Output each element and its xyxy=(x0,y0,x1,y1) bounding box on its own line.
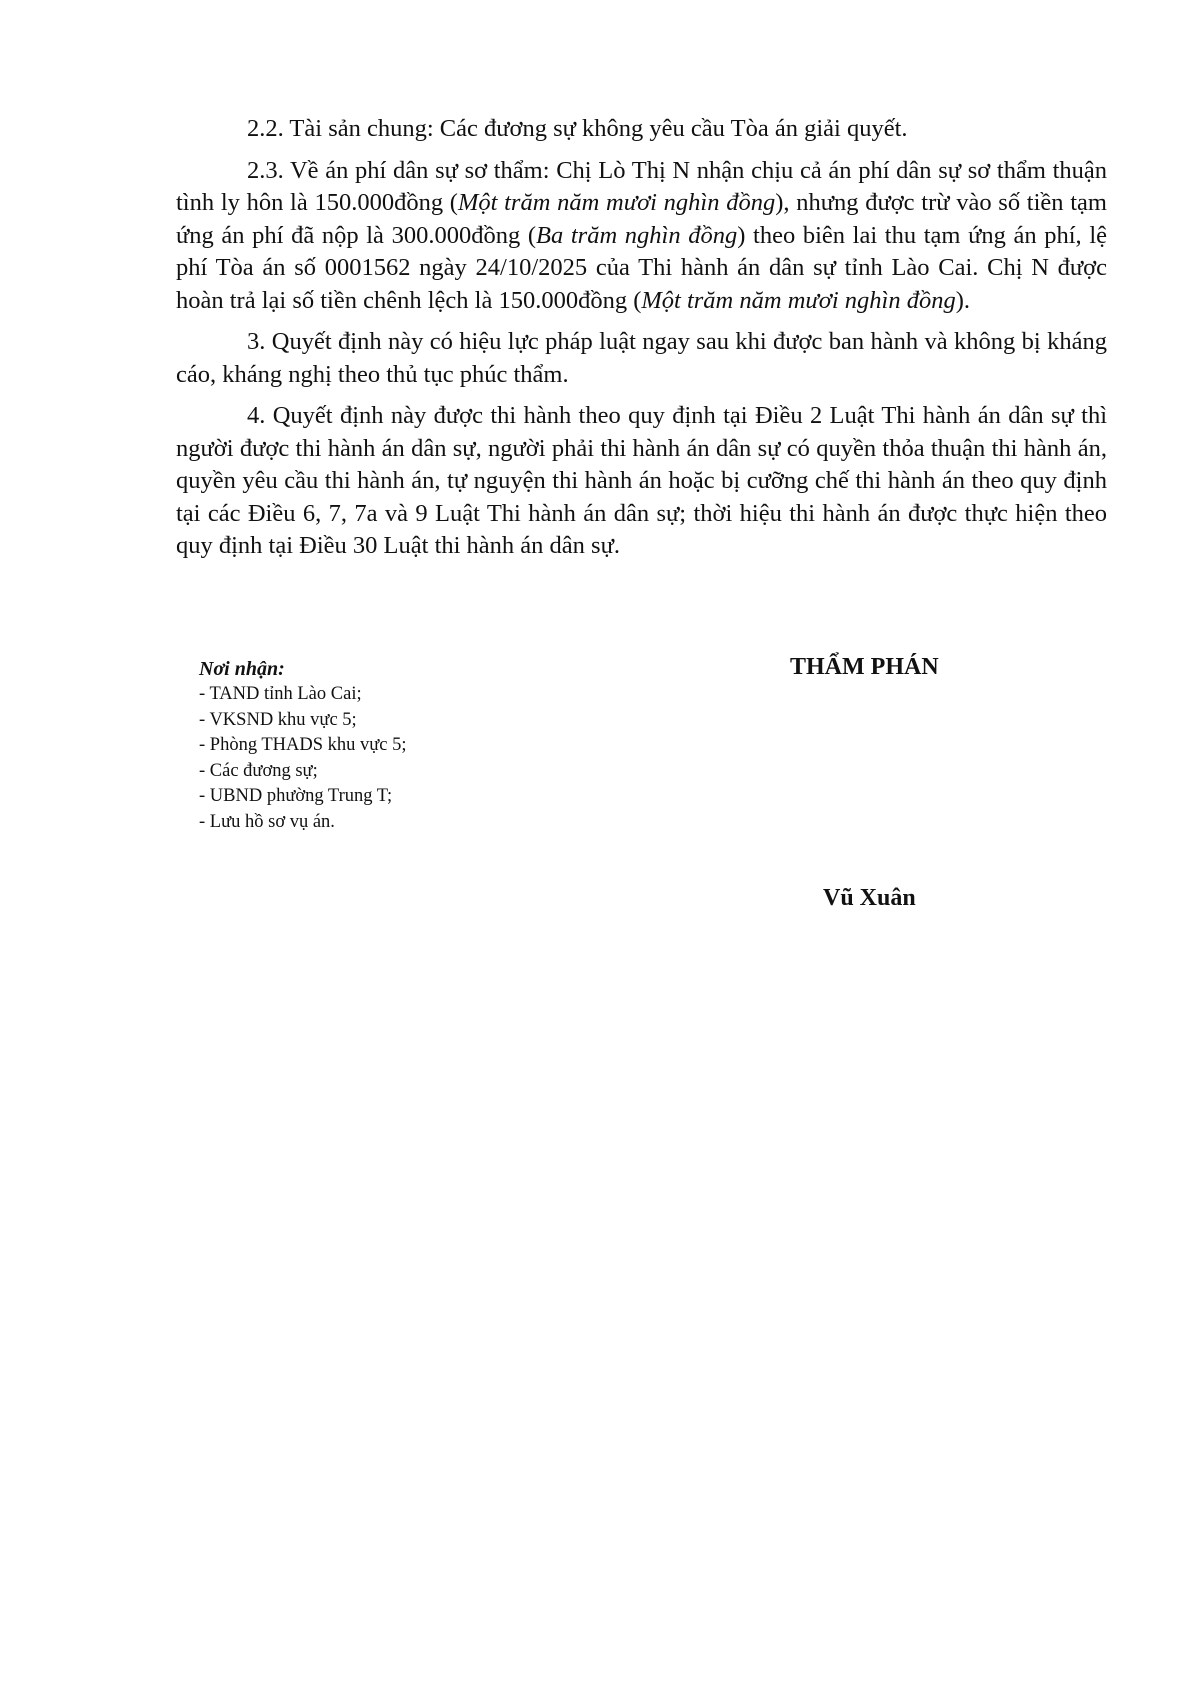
recipient-item: - UBND phường Trung T; xyxy=(199,784,407,810)
recipients-block: Nơi nhận: - TAND tỉnh Lào Cai;- VKSND kh… xyxy=(199,656,407,836)
italic-amount-text: Một trăm năm mươi nghìn đồng xyxy=(641,287,955,314)
paragraph-2-2: 2.2. Tài sản chung: Các đương sự không y… xyxy=(176,113,1107,146)
signer-name: Vũ Xuân xyxy=(823,883,916,913)
decision-body: 2.2. Tài sản chung: Các đương sự không y… xyxy=(176,113,1107,572)
recipients-label: Nơi nhận: xyxy=(199,656,407,682)
signer-title: THẨM PHÁN xyxy=(790,652,939,682)
recipient-item: - VKSND khu vực 5; xyxy=(199,708,407,734)
recipient-item: - Phòng THADS khu vực 5; xyxy=(199,733,407,759)
paragraph-text: 2.2. Tài sản chung: Các đương sự không y… xyxy=(247,115,908,142)
italic-amount-text: Một trăm năm mươi nghìn đồng xyxy=(458,189,775,216)
recipient-item: - Các đương sự; xyxy=(199,759,407,785)
paragraph-4: 4. Quyết định này được thi hành theo quy… xyxy=(176,400,1107,563)
paragraph-3: 3. Quyết định này có hiệu lực pháp luật … xyxy=(176,326,1107,391)
paragraph-2-3: 2.3. Về án phí dân sự sơ thẩm: Chị Lò Th… xyxy=(176,155,1107,318)
paragraph-text: 3. Quyết định này có hiệu lực pháp luật … xyxy=(176,328,1107,388)
document-page: 2.2. Tài sản chung: Các đương sự không y… xyxy=(0,0,1190,1684)
paragraph-text: 4. Quyết định này được thi hành theo quy… xyxy=(176,402,1107,559)
italic-amount-text: Ba trăm nghìn đồng xyxy=(536,222,737,249)
recipient-item: - Lưu hồ sơ vụ án. xyxy=(199,810,407,836)
recipients-list: - TAND tỉnh Lào Cai;- VKSND khu vực 5;- … xyxy=(199,682,407,836)
recipient-item: - TAND tỉnh Lào Cai; xyxy=(199,682,407,708)
paragraph-text: ). xyxy=(956,287,970,314)
